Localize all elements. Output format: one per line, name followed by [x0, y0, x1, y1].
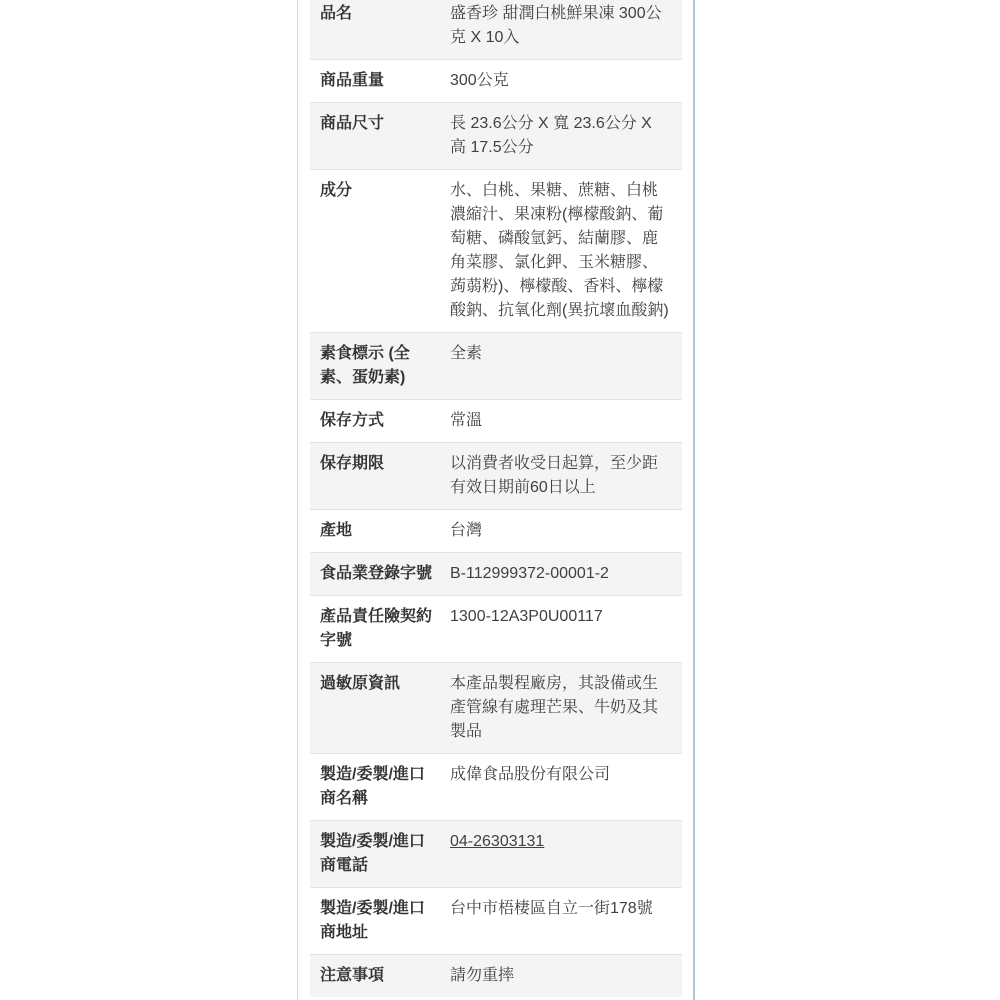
spec-row-14: 製造/委製/進口商地址 台中市梧棲區自立一街178號 — [310, 887, 682, 954]
spec-row-value: 台中市梧棲區自立一街178號 — [450, 897, 672, 921]
spec-row-3: 商品尺寸 長 23.6公分 X 寬 23.6公分 X 高 17.5公分 — [310, 102, 682, 169]
spec-row-7: 保存期限 以消費者收受日起算，至少距有效日期前60日以上 — [310, 442, 682, 509]
spec-row-2: 商品重量 300公克 — [310, 59, 682, 102]
spec-row-label: 製造/委製/進口商地址 — [320, 897, 440, 945]
spec-row-label: 注意事項 — [320, 964, 440, 988]
spec-row-value: 長 23.6公分 X 寬 23.6公分 X 高 17.5公分 — [450, 112, 672, 160]
spec-row-9: 食品業登錄字號 B-112999372-00001-2 — [310, 552, 682, 595]
spec-row-5: 素食標示 (全素、蛋奶素) 全素 — [310, 332, 682, 399]
spec-row-value: 盛香珍 甜潤白桃鮮果凍 300公克 X 10入 — [450, 2, 672, 50]
spec-row-15: 注意事項 請勿重摔 — [310, 954, 682, 997]
spec-row-8: 產地 台灣 — [310, 509, 682, 552]
left-edge-line — [297, 0, 298, 1000]
spec-row-value: 全素 — [450, 342, 672, 366]
spec-row-label: 成分 — [320, 179, 440, 203]
spec-row-label: 製造/委製/進口商名稱 — [320, 763, 440, 811]
spec-row-value: 常溫 — [450, 409, 672, 433]
spec-row-value: 本產品製程廠房，其設備或生產管線有處理芒果、牛奶及其製品 — [450, 672, 672, 744]
spec-row-1: 品名 盛香珍 甜潤白桃鮮果凍 300公克 X 10入 — [310, 0, 682, 59]
spec-row-label: 食品業登錄字號 — [320, 562, 440, 586]
spec-row-value: 成偉食品股份有限公司 — [450, 763, 672, 787]
spec-row-13: 製造/委製/進口商電話 04-26303131 — [310, 820, 682, 887]
product-spec-table: 品名 盛香珍 甜潤白桃鮮果凍 300公克 X 10入 商品重量 300公克 商品… — [310, 0, 682, 997]
spec-row-11: 過敏原資訊 本產品製程廠房，其設備或生產管線有處理芒果、牛奶及其製品 — [310, 662, 682, 753]
spec-row-label: 保存期限 — [320, 452, 440, 476]
spec-row-label: 過敏原資訊 — [320, 672, 440, 696]
spec-row-label: 產品責任險契約字號 — [320, 605, 440, 653]
spec-row-value: 1300-12A3P0U00117 — [450, 605, 672, 629]
spec-row-10: 產品責任險契約字號 1300-12A3P0U00117 — [310, 595, 682, 662]
spec-row-12: 製造/委製/進口商名稱 成偉食品股份有限公司 — [310, 753, 682, 820]
right-edge-line — [693, 0, 695, 1000]
spec-row-label: 製造/委製/進口商電話 — [320, 830, 440, 878]
spec-row-value: 04-26303131 — [450, 830, 672, 854]
spec-row-label: 商品重量 — [320, 69, 440, 93]
spec-row-6: 保存方式 常溫 — [310, 399, 682, 442]
spec-row-4: 成分 水、白桃、果糖、蔗糖、白桃濃縮汁、果凍粉(檸檬酸鈉、葡萄糖、磷酸氫鈣、結蘭… — [310, 169, 682, 332]
spec-row-value: 請勿重摔 — [450, 964, 672, 988]
spec-row-value: 台灣 — [450, 519, 672, 543]
spec-row-label: 保存方式 — [320, 409, 440, 433]
spec-row-label: 素食標示 (全素、蛋奶素) — [320, 342, 440, 390]
spec-row-label: 商品尺寸 — [320, 112, 440, 136]
phone-link[interactable]: 04-26303131 — [450, 833, 544, 850]
spec-row-value: B-112999372-00001-2 — [450, 562, 672, 586]
spec-row-label: 品名 — [320, 2, 440, 26]
spec-row-value: 水、白桃、果糖、蔗糖、白桃濃縮汁、果凍粉(檸檬酸鈉、葡萄糖、磷酸氫鈣、結蘭膠、鹿… — [450, 179, 672, 323]
product-spec-panel: 品名 盛香珍 甜潤白桃鮮果凍 300公克 X 10入 商品重量 300公克 商品… — [297, 0, 695, 1000]
spec-row-value: 300公克 — [450, 69, 672, 93]
spec-row-label: 產地 — [320, 519, 440, 543]
spec-row-value: 以消費者收受日起算，至少距有效日期前60日以上 — [450, 452, 672, 500]
